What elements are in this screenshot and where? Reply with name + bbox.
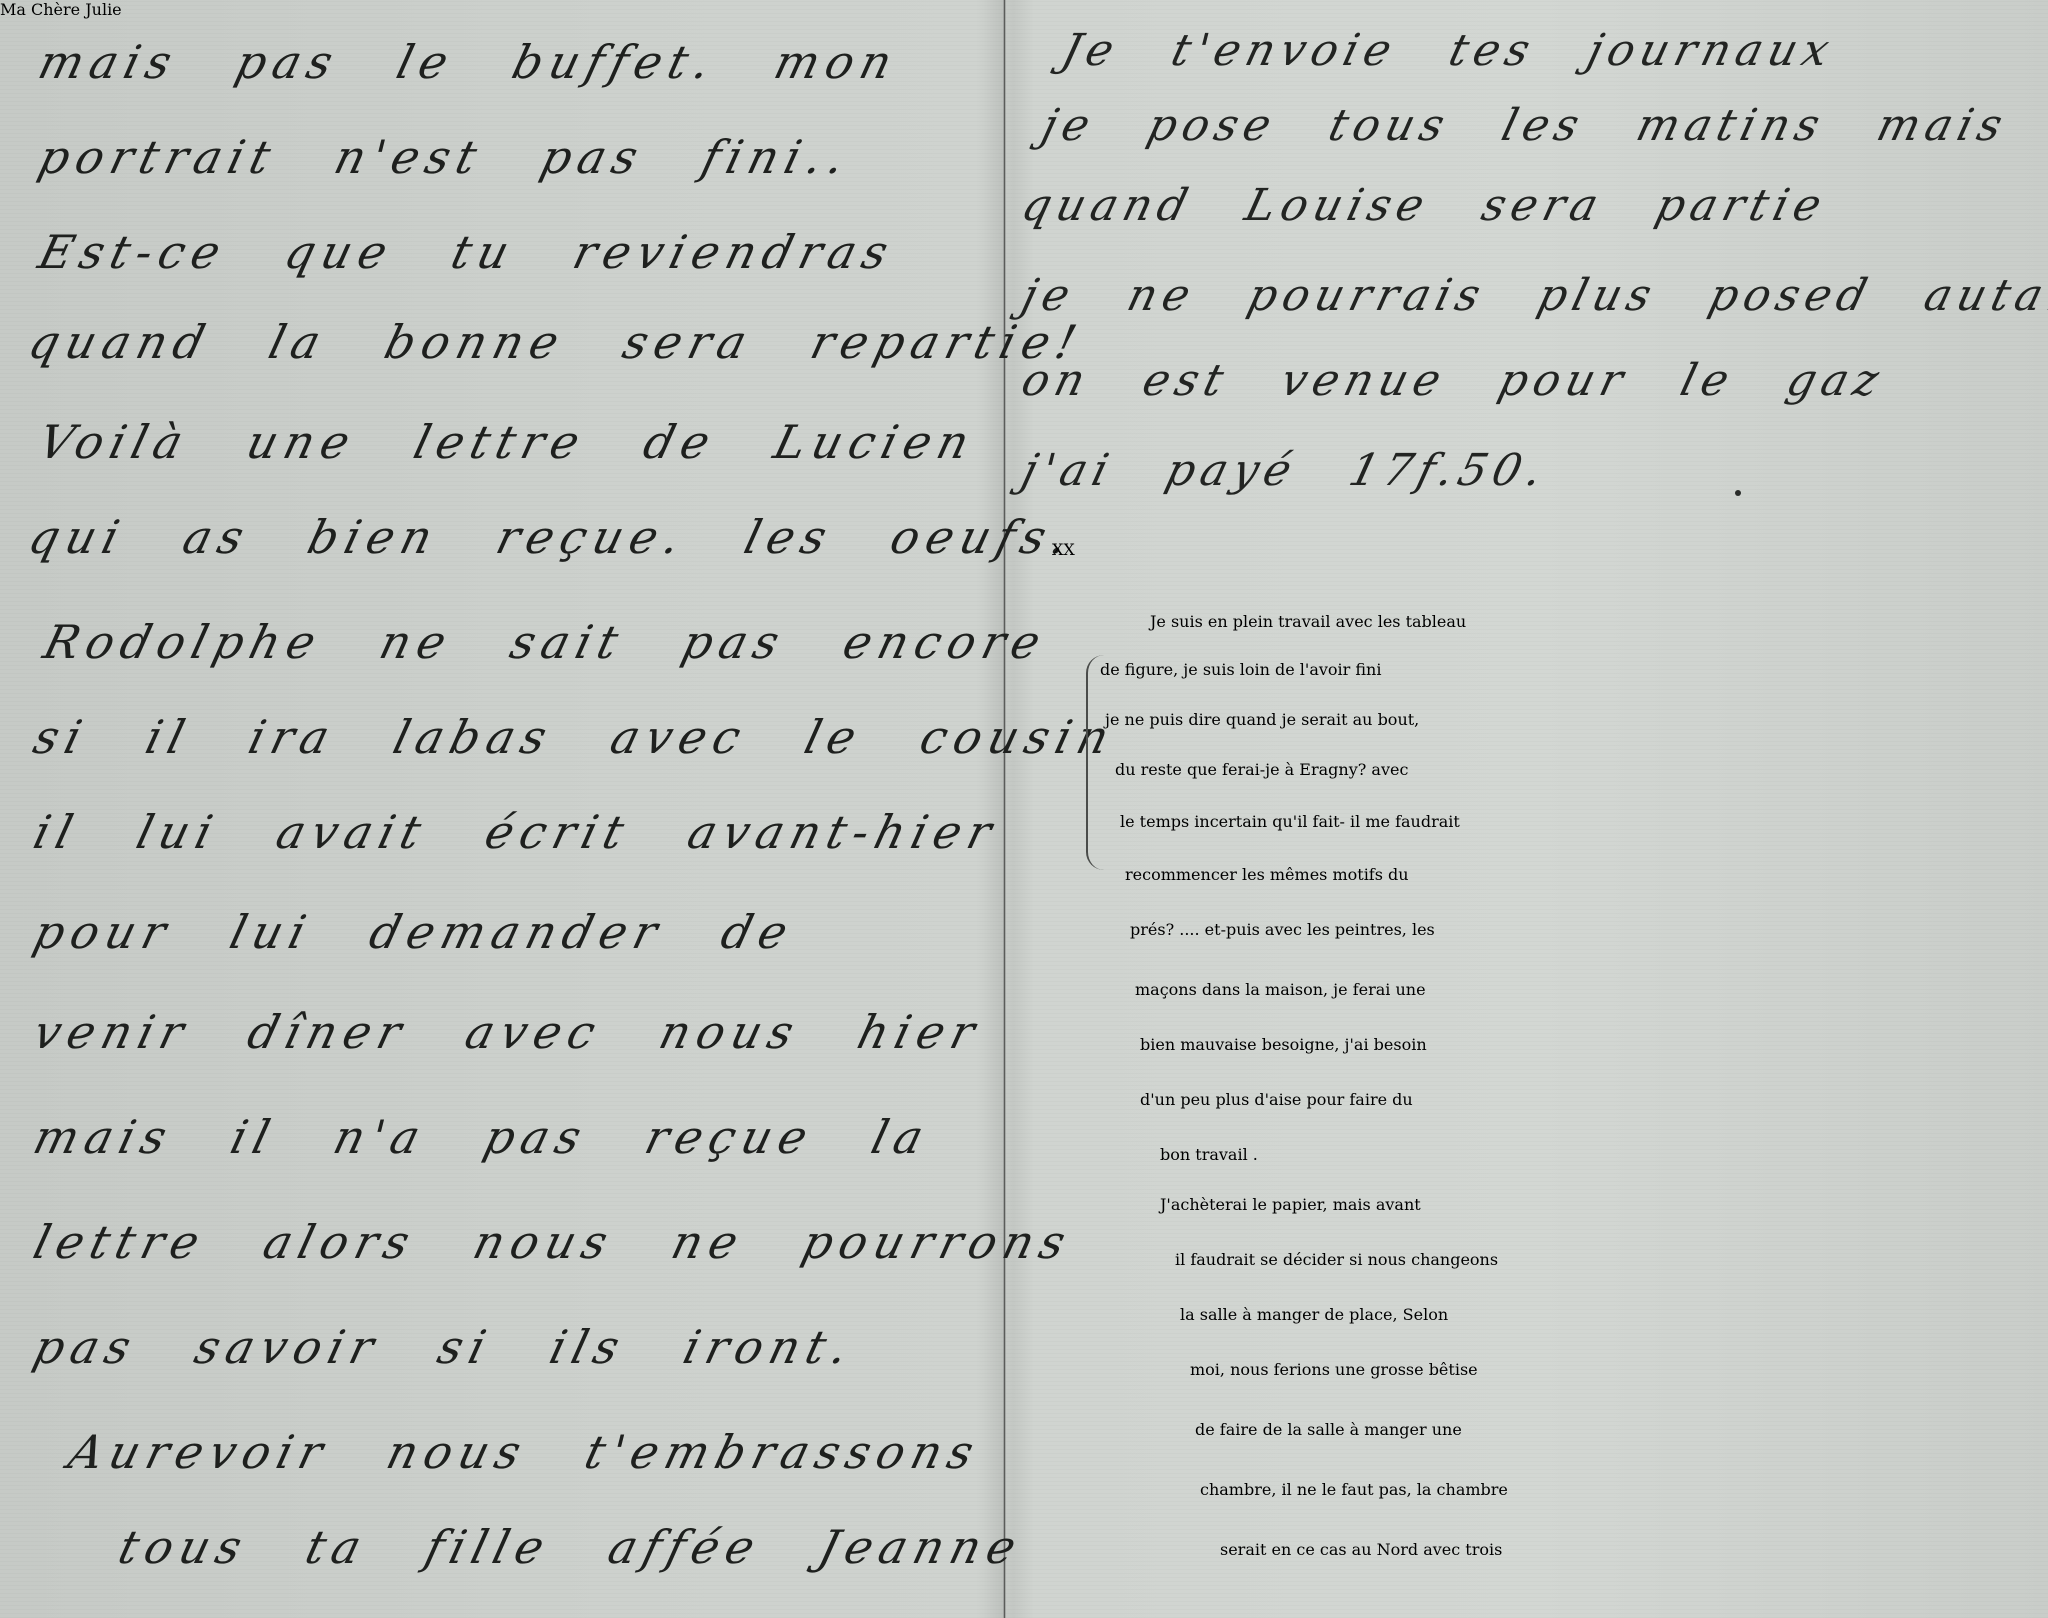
letter-line: qui as bien reçue. les oeufs. [23,510,1080,564]
letter-line: serait en ce cas au Nord avec trois [1220,1540,1502,1559]
letter-line: Aurevoir nous t'embrassons [63,1425,986,1479]
letter-line: il lui avait écrit avant-hier [28,805,1004,859]
letter-line: venir dîner avec nous hier [28,1005,987,1059]
letter-line: mais il n'a pas reçue la [28,1110,935,1164]
letter-line: du reste que ferai-je à Eragny? avec [1115,760,1408,779]
letter-line: recommencer les mêmes motifs du [1125,865,1409,884]
letter-spread: mais pas le buffet. mon portrait n'est p… [0,0,2048,1618]
page-fold-line [1003,0,1006,1618]
letter-line: Je t'envoie tes journaux [1057,25,1840,76]
left-page: mais pas le buffet. mon portrait n'est p… [0,0,1000,1618]
margin-bracket [1086,655,1106,870]
letter-line: de faire de la salle à manger une [1195,1420,1462,1439]
letter-line: si il ira labas avec le cousin [28,710,1121,764]
letter-line: il faudrait se décider si nous changeons [1175,1250,1498,1269]
letter-line: d'un peu plus d'aise pour faire du [1140,1090,1413,1109]
letter-line: je pose tous les matins mais [1037,100,2014,151]
letter-line: je ne pourrais plus posed autant [1017,270,2048,321]
letter-line: Est-ce que tu reviendras [33,225,900,279]
letter-line: j'ai payé 17f.50. [1017,445,1554,496]
letter-line: prés? .... et-puis avec les peintres, le… [1130,920,1435,939]
letter-line: mais pas le buffet. mon [33,35,904,89]
letter-line: portrait n'est pas fini.. [33,130,857,184]
letter-line: Voilà une lettre de Lucien [33,415,981,469]
letter-line: quand la bonne sera repartie! [23,315,1088,369]
letter-line: J'achèterai le papier, mais avant [1160,1195,1421,1214]
letter-line: maçons dans la maison, je ferai une [1135,980,1426,999]
letter-line: le temps incertain qu'il fait- il me fau… [1120,812,1460,831]
letter-line: la salle à manger de place, Selon [1180,1305,1448,1324]
letter-line: bon travail . [1160,1145,1258,1164]
margin-mark: XX [1052,540,1075,559]
letter-line: je ne puis dire quand je serait au bout, [1105,710,1419,729]
right-page: Je t'envoie tes journaux je pose tous le… [1008,0,2048,1618]
letter-line: pour lui demander de [28,905,800,959]
letter-line: quand Louise sera partie [1017,180,1833,231]
letter-signature-line: tous ta fille affée Jeanne [113,1520,1028,1574]
letter-line: bien mauvaise besoigne, j'ai besoin [1140,1035,1427,1054]
letter-line: lettre alors nous ne pourrons [28,1215,1078,1269]
letter-line: de figure, je suis loin de l'avoir fini [1100,660,1381,679]
letter-line: pas savoir si ils iront. [28,1320,860,1374]
letter-line: moi, nous ferions une grosse bêtise [1190,1360,1478,1379]
ink-dot [1735,490,1741,496]
letter-line: Je suis en plein travail avec les tablea… [1150,612,1466,631]
letter-line: chambre, il ne le faut pas, la chambre [1200,1480,1508,1499]
letter-line: on est venue pour le gaz [1017,355,1890,406]
letter-line: Rodolphe ne sait pas encore [38,615,1053,669]
